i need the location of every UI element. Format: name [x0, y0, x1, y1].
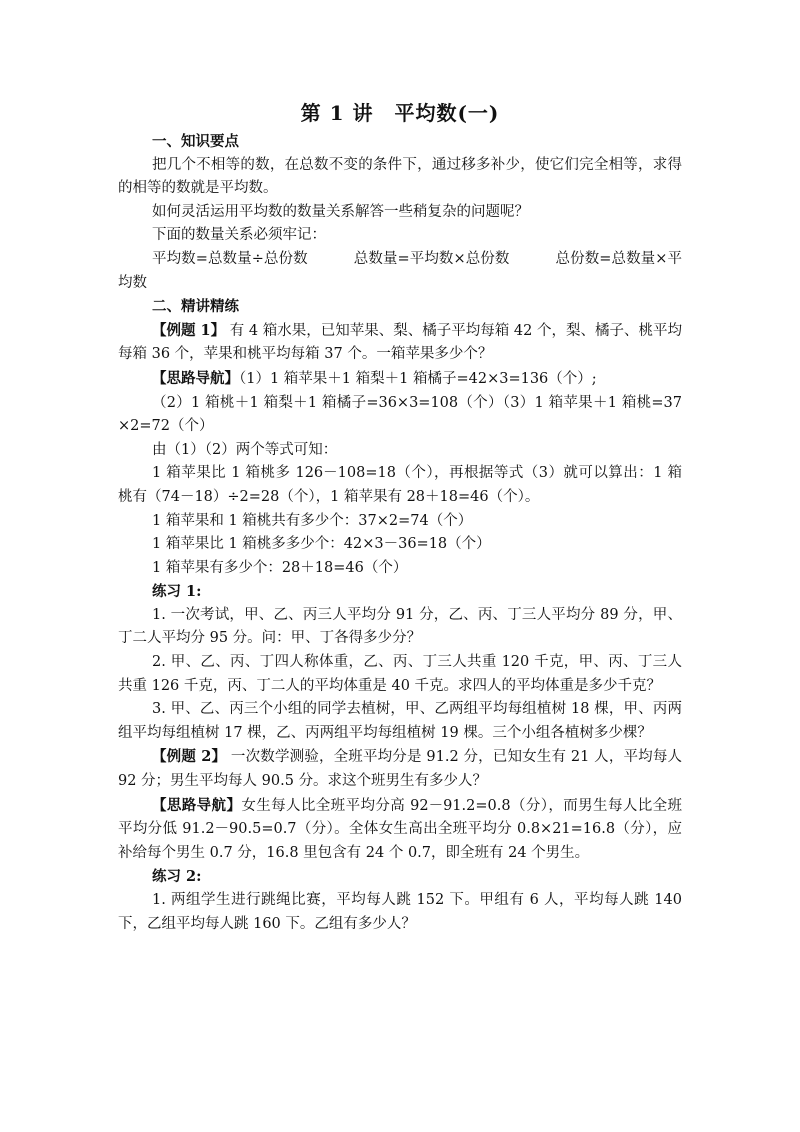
section-heading-practice: 二、精讲精练 — [118, 295, 682, 319]
practice-1-heading: 练习 1: — [118, 580, 682, 604]
formula-total: 总数量=平均数×总份数 — [354, 251, 510, 267]
document-page: 第 1 讲 平均数(一) 一、知识要点 把几个不相等的数，在总数不变的条件下，通… — [118, 98, 682, 936]
guide-2: 【思路导航】女生每人比全班平均分高 92－91.2=0.8（分），而男生每人比全… — [118, 794, 682, 866]
practice-1-item: 2. 甲、乙、丙、丁四人称体重，乙、丙、丁三人共重 120 千克，甲、丙、丁三人… — [118, 651, 682, 698]
guide-1-line5: 1 箱苹果和 1 箱桃共有多少个：37×2=74（个） — [118, 510, 682, 534]
practice-2-item: 1. 两组学生进行跳绳比赛，平均每人跳 152 下。甲组有 6 人，平均每人跳 … — [118, 889, 682, 936]
example-2: 【例题 2】 一次数学测验，全班平均分是 91.2 分，已知女生有 21 人，平… — [118, 745, 682, 793]
guide-1-line7: 1 箱苹果有多少个：28＋18=46（个） — [118, 557, 682, 581]
paragraph-question: 如何灵活运用平均数的数量关系解答一些稍复杂的问题呢？ — [118, 201, 682, 225]
guide-1-line4: 1 箱苹果比 1 箱桃多 126－108=18（个），再根据等式（3）就可以算出… — [118, 462, 682, 509]
practice-1-item: 3. 甲、乙、丙三个小组的同学去植树，甲、乙两组平均每组植树 18 棵，甲、丙两… — [118, 698, 682, 745]
guide-1-line6: 1 箱苹果比 1 箱桃多多少个：42×3－36=18（个） — [118, 533, 682, 557]
section-heading-knowledge: 一、知识要点 — [118, 130, 682, 154]
example-2-label: 【例题 2】 — [152, 748, 226, 765]
example-1: 【例题 1】 有 4 箱水果，已知苹果、梨、橘子平均每箱 42 个，梨、橘子、桃… — [118, 319, 682, 367]
guide-1-line1: 【思路导航】（1）1 箱苹果＋1 箱梨＋1 箱橘子=42×3=136（个）; — [118, 367, 682, 392]
guide-1-line3: 由（1）（2）两个等式可知： — [118, 439, 682, 463]
guide-1-line2: （2）1 箱桃＋1 箱梨＋1 箱橘子=36×3=108（个）（3）1 箱苹果＋1… — [118, 392, 682, 439]
practice-2-heading: 练习 2: — [118, 865, 682, 889]
formula-average: 平均数=总数量÷总份数 — [152, 251, 308, 267]
formula-line: 平均数=总数量÷总份数总数量=平均数×总份数总份数=总数量×平均数 — [118, 248, 682, 295]
example-1-label: 【例题 1】 — [152, 322, 225, 339]
guide-1-text: （1）1 箱苹果＋1 箱梨＋1 箱橘子=42×3=136（个）; — [239, 371, 597, 387]
practice-1-item: 1. 一次考试，甲、乙、丙三人平均分 91 分，乙、丙、丁三人平均分 89 分，… — [118, 604, 682, 651]
paragraph-remember: 下面的数量关系必须牢记： — [118, 224, 682, 248]
guide-2-label: 【思路导航】 — [152, 797, 241, 814]
paragraph-definition: 把几个不相等的数，在总数不变的条件下，通过移多补少，使它们完全相等，求得的相等的… — [118, 154, 682, 201]
page-title: 第 1 讲 平均数(一) — [118, 98, 682, 128]
guide-1-label: 【思路导航】 — [152, 370, 239, 387]
